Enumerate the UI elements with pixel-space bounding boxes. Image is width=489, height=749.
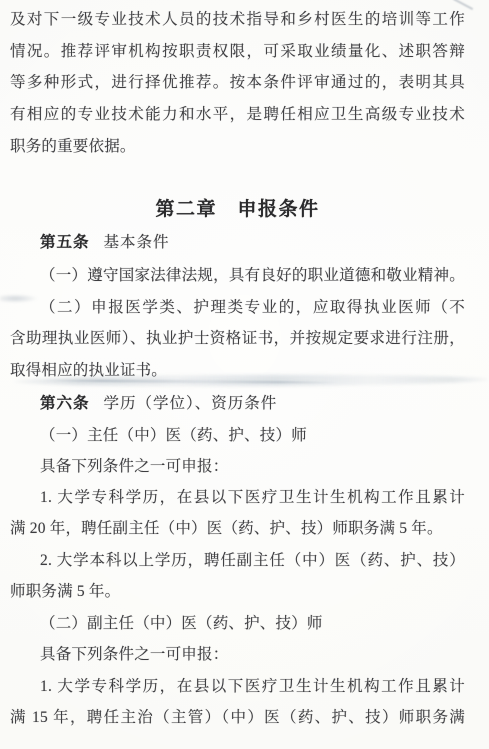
deputy-condition-1-line: 1. 大学专科学历，在县以下医疗卫生计生机构工作且累计: [10, 675, 465, 698]
deputy-condition-1-line: 满 15 年，聘任主治（主管）（中）医（药、护、技）师职务满: [10, 706, 465, 729]
intro-paragraph-line: 有相应的专业技术能力和水平，是聘任相应卫生高级专业技术: [10, 103, 465, 126]
conditions-intro-line: 具备下列条件之一可申报：: [10, 643, 465, 666]
chief-physician-title-line: （一）主任（中）医（药、护、技）师: [10, 424, 465, 447]
deputy-chief-title-line: （二）副主任（中）医（药、护、技）师: [10, 612, 465, 635]
intro-paragraph-line: 情况。推荐评审机构按职责权限，可采取业绩量化、述职答辩: [10, 40, 465, 63]
basic-condition-item-2-line: 取得相应的执业证书。: [10, 359, 465, 382]
article-6-heading: 第六条学历（学位）、资历条件: [10, 392, 465, 415]
chief-condition-1-line: 满 20 年，聘任副主任（中）医（药、护、技）师职务满 5 年。: [10, 517, 465, 540]
basic-condition-item-2-line: 含助理执业医师）、执业护士资格证书，并按规定要求进行注册，: [10, 327, 465, 350]
basic-condition-item-2-line: （二）申报医学类、护理类专业的，应取得执业医师（不: [10, 296, 465, 319]
intro-paragraph-line: 等多种形式，进行择优推荐。按本条件评审通过的，表明其具: [10, 71, 465, 94]
article-6-number: 第六条: [40, 395, 90, 412]
article-6-title: 学历（学位）、资历条件: [104, 395, 278, 412]
scanned-document-page: 及对下一级专业技术人员的技术指导和乡村医生的培训等工作 情况。推荐评审机构按职责…: [0, 0, 489, 749]
article-5-heading: 第五条基本条件: [10, 231, 465, 254]
intro-paragraph-line: 及对下一级专业技术人员的技术指导和乡村医生的培训等工作: [10, 8, 465, 31]
intro-paragraph-line: 职务的重要依据。: [10, 135, 465, 158]
conditions-intro-line: 具备下列条件之一可申报：: [10, 455, 465, 478]
chapter-2-heading: 第二章 申报条件: [10, 197, 465, 223]
basic-condition-item-1-line: （一）遵守国家法律法规，具有良好的职业道德和敬业精神。: [10, 264, 465, 287]
article-5-number: 第五条: [40, 234, 90, 251]
article-5-title: 基本条件: [104, 234, 170, 251]
chief-condition-2-line: 2. 大学本科以上学历，聘任副主任（中）医（药、护、技）: [10, 549, 465, 572]
chief-condition-2-line: 师职务满 5 年。: [10, 580, 465, 603]
chief-condition-1-line: 1. 大学专科学历，在县以下医疗卫生计生机构工作且累计: [10, 486, 465, 509]
